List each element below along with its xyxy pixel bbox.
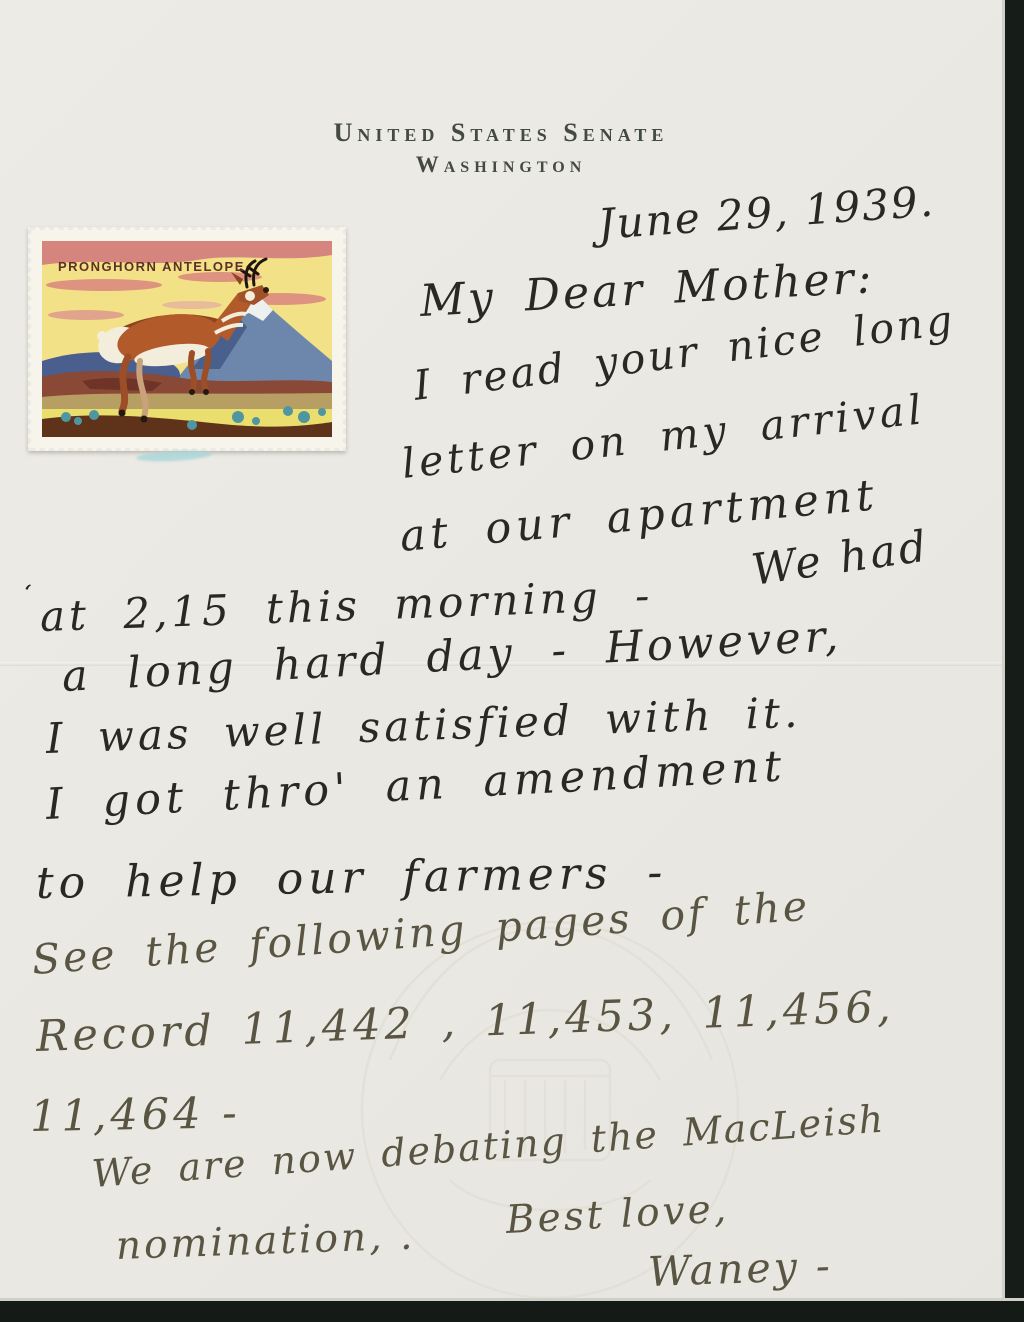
letter-scan: United States Senate Washington	[0, 0, 1024, 1322]
letterhead-line-1: United States Senate	[0, 118, 1002, 148]
margin-mark: ʻ	[18, 579, 34, 608]
letter-line: We had	[749, 521, 933, 595]
stamp-image: PRONGHORN ANTELOPE	[28, 227, 346, 451]
ink-smudge	[136, 449, 212, 463]
scan-border-right	[1002, 0, 1024, 1322]
scan-border-bottom	[0, 1298, 1024, 1322]
letter-signature: Waney -	[647, 1242, 833, 1296]
letter-line: 11,464 -	[30, 1088, 241, 1142]
stamp-title: PRONGHORN ANTELOPE	[58, 259, 245, 274]
stamp-picture: PRONGHORN ANTELOPE	[42, 241, 332, 437]
pronghorn-antelope-stamp: PRONGHORN ANTELOPE	[28, 227, 346, 451]
letterhead-line-2: Washington	[0, 152, 1002, 178]
letter-date: June 29, 1939.	[596, 177, 936, 249]
